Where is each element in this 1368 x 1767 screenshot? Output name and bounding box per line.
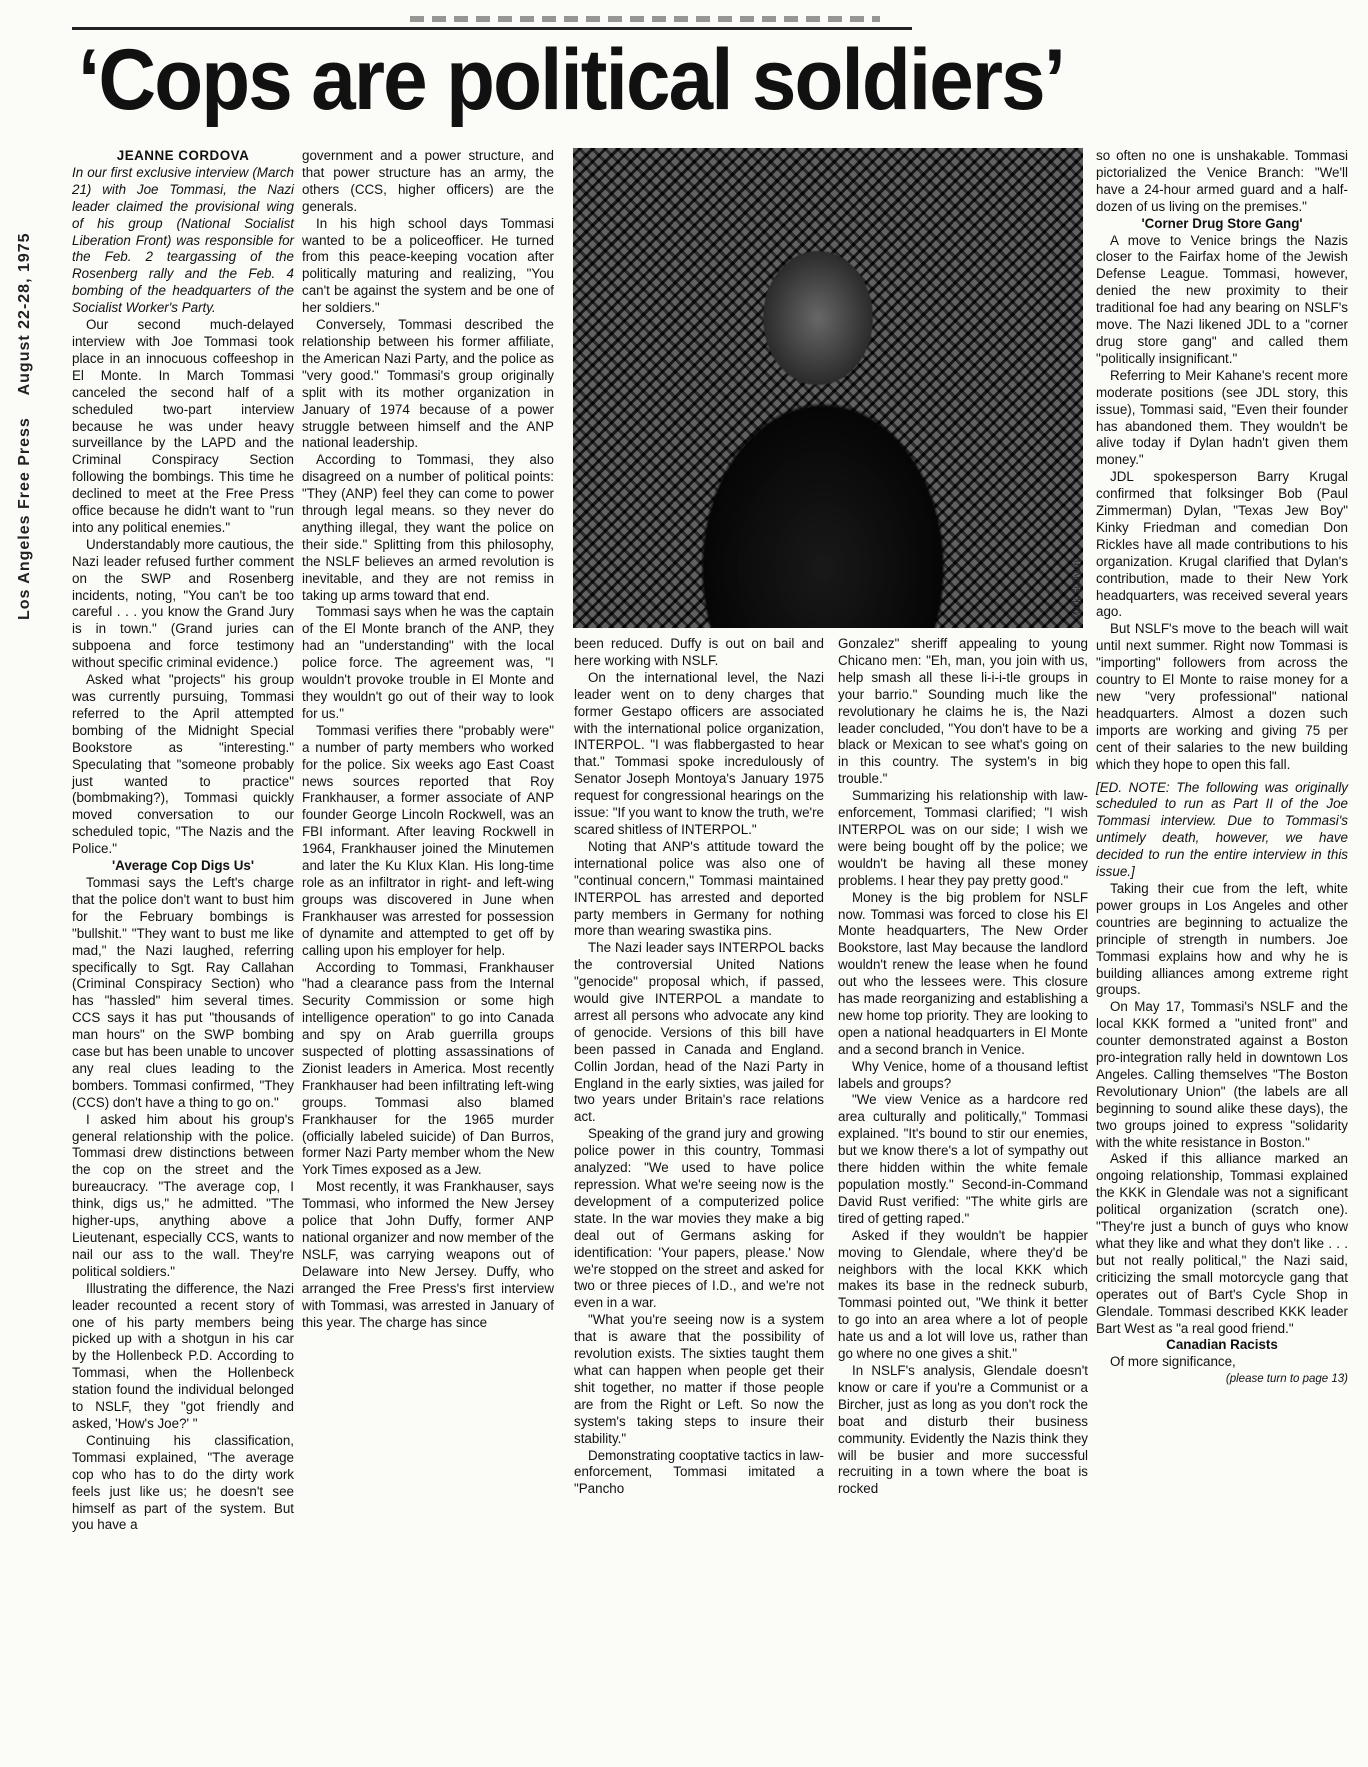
paragraph: Taking their cue from the left, white po… <box>1096 881 1348 999</box>
column-3: been reduced. Duffy is out on bail and h… <box>574 636 824 1498</box>
paragraph: The Nazi leader says INTERPOL backs the … <box>574 940 824 1126</box>
paragraph: I asked him about his group's general re… <box>72 1112 294 1281</box>
paragraph: Gonzalez" sheriff appealing to young Chi… <box>838 636 1088 788</box>
paragraph: Asked what "projects" his group was curr… <box>72 672 294 858</box>
publication-date: Los Angeles Free Press August 22-28, 197… <box>16 232 34 620</box>
paragraph: Summarizing his relationship with law-en… <box>838 788 1088 889</box>
paragraph: But NSLF's move to the beach will wait u… <box>1096 621 1348 773</box>
paragraph: Continuing his classification, Tommasi e… <box>72 1433 294 1534</box>
publication-name: Los Angeles Free Press <box>16 417 33 620</box>
paragraph: Money is the big problem for NSLF now. T… <box>838 890 1088 1059</box>
paragraph: Tommasi verifies there "probably were" a… <box>302 723 554 960</box>
paragraph: Speaking of the grand jury and growing p… <box>574 1126 824 1312</box>
paragraph: Referring to Meir Kahane's recent more m… <box>1096 368 1348 469</box>
paragraph: Of more significance, <box>1096 1354 1348 1371</box>
paragraph: Conversely, Tommasi described the relati… <box>302 317 554 452</box>
paragraph: been reduced. Duffy is out on bail and h… <box>574 636 824 670</box>
column-5: so often no one is unshakable. Tommasi p… <box>1096 148 1348 1388</box>
issue-date: August 22-28, 1975 <box>16 232 33 395</box>
editors-note: [ED. NOTE: The following was originally … <box>1096 780 1348 881</box>
continued-jump-line: (please turn to page 13) <box>1096 1371 1348 1388</box>
headline: ‘Cops are political soldiers’ <box>78 30 1064 130</box>
byline: JEANNE CORDOVA <box>72 148 294 165</box>
intro-paragraph: In our first exclusive interview (March … <box>72 165 294 317</box>
paragraph: Our second much-delayed interview with J… <box>72 317 294 537</box>
paragraph: "What you're seeing now is a system that… <box>574 1312 824 1447</box>
subhead-canadian-racists: Canadian Racists <box>1096 1337 1348 1354</box>
paragraph: Why Venice, home of a thousand leftist l… <box>838 1059 1088 1093</box>
paragraph: Demonstrating cooptative tactics in law-… <box>574 1448 824 1499</box>
top-rule-dots <box>410 16 880 22</box>
paragraph: Tommasi says the Left's charge that the … <box>72 875 294 1112</box>
paragraph: In his high school days Tommasi wanted t… <box>302 216 554 317</box>
paragraph: "We view Venice as a hardcore red area c… <box>838 1092 1088 1227</box>
photo-credit: Mark Sullivan <box>1072 530 1086 620</box>
paragraph: Most recently, it was Frankhauser, says … <box>302 1179 554 1331</box>
column-4: Gonzalez" sheriff appealing to young Chi… <box>838 636 1088 1498</box>
photo-credit-text: Mark Sullivan <box>1072 560 1083 620</box>
paragraph: so often no one is unshakable. Tommasi p… <box>1096 148 1348 216</box>
column-1: JEANNE CORDOVA In our first exclusive in… <box>72 148 294 1534</box>
portrait-photo <box>573 148 1083 628</box>
paragraph: Illustrating the difference, the Nazi le… <box>72 1281 294 1433</box>
column-2: government and a power structure, and th… <box>302 148 554 1331</box>
margin-dateline: Los Angeles Free Press August 22-28, 197… <box>4 60 54 620</box>
paragraph: On the international level, the Nazi lea… <box>574 670 824 839</box>
paragraph: Understandably more cautious, the Nazi l… <box>72 537 294 672</box>
paragraph: Asked if they wouldn't be happier moving… <box>838 1228 1088 1363</box>
paragraph: In NSLF's analysis, Glendale doesn't kno… <box>838 1363 1088 1498</box>
paragraph: JDL spokesperson Barry Krugal confirmed … <box>1096 469 1348 621</box>
paragraph: Noting that ANP's attitude toward the in… <box>574 839 824 940</box>
paragraph: According to Tommasi, they also disagree… <box>302 452 554 604</box>
paragraph: government and a power structure, and th… <box>302 148 554 216</box>
paragraph: Tommasi says when he was the captain of … <box>302 604 554 722</box>
paragraph: Asked if this alliance marked an ongoing… <box>1096 1151 1348 1337</box>
paragraph: According to Tommasi, Frankhauser "had a… <box>302 960 554 1180</box>
paragraph: On May 17, Tommasi's NSLF and the local … <box>1096 999 1348 1151</box>
paragraph: A move to Venice brings the Nazis closer… <box>1096 233 1348 368</box>
subhead-average-cop: 'Average Cop Digs Us' <box>72 858 294 875</box>
subhead-corner-drug-store: 'Corner Drug Store Gang' <box>1096 216 1348 233</box>
